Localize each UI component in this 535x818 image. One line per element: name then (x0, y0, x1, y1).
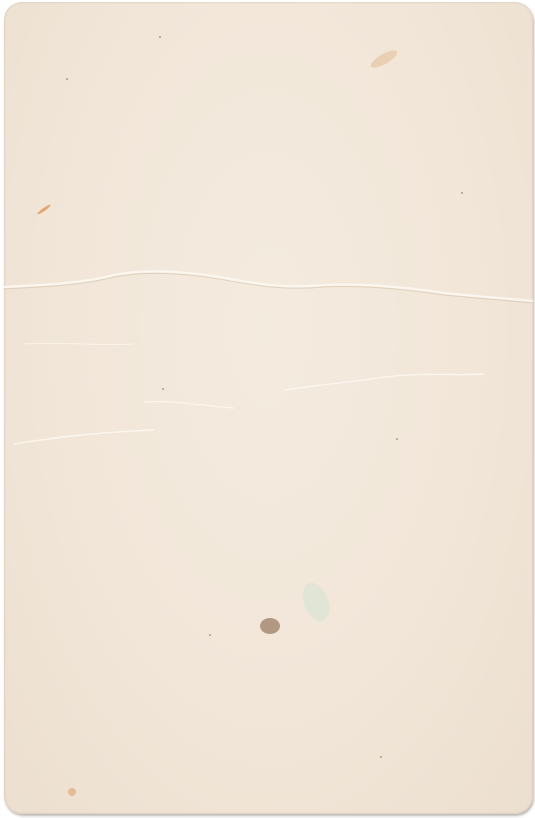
fleck (396, 438, 398, 440)
fleck (380, 756, 382, 758)
fleck (162, 388, 164, 390)
card-back (4, 2, 533, 814)
main-crease (4, 257, 533, 307)
orange-mark-bottom (68, 788, 76, 796)
fleck (461, 192, 463, 194)
orange-mark-left (37, 204, 52, 216)
fleck (66, 78, 68, 80)
minor-creases (4, 332, 533, 452)
fleck (209, 634, 211, 636)
green-stain (298, 579, 334, 625)
orange-stain-top (369, 47, 400, 71)
brown-stain (260, 618, 280, 634)
fleck (159, 36, 161, 38)
